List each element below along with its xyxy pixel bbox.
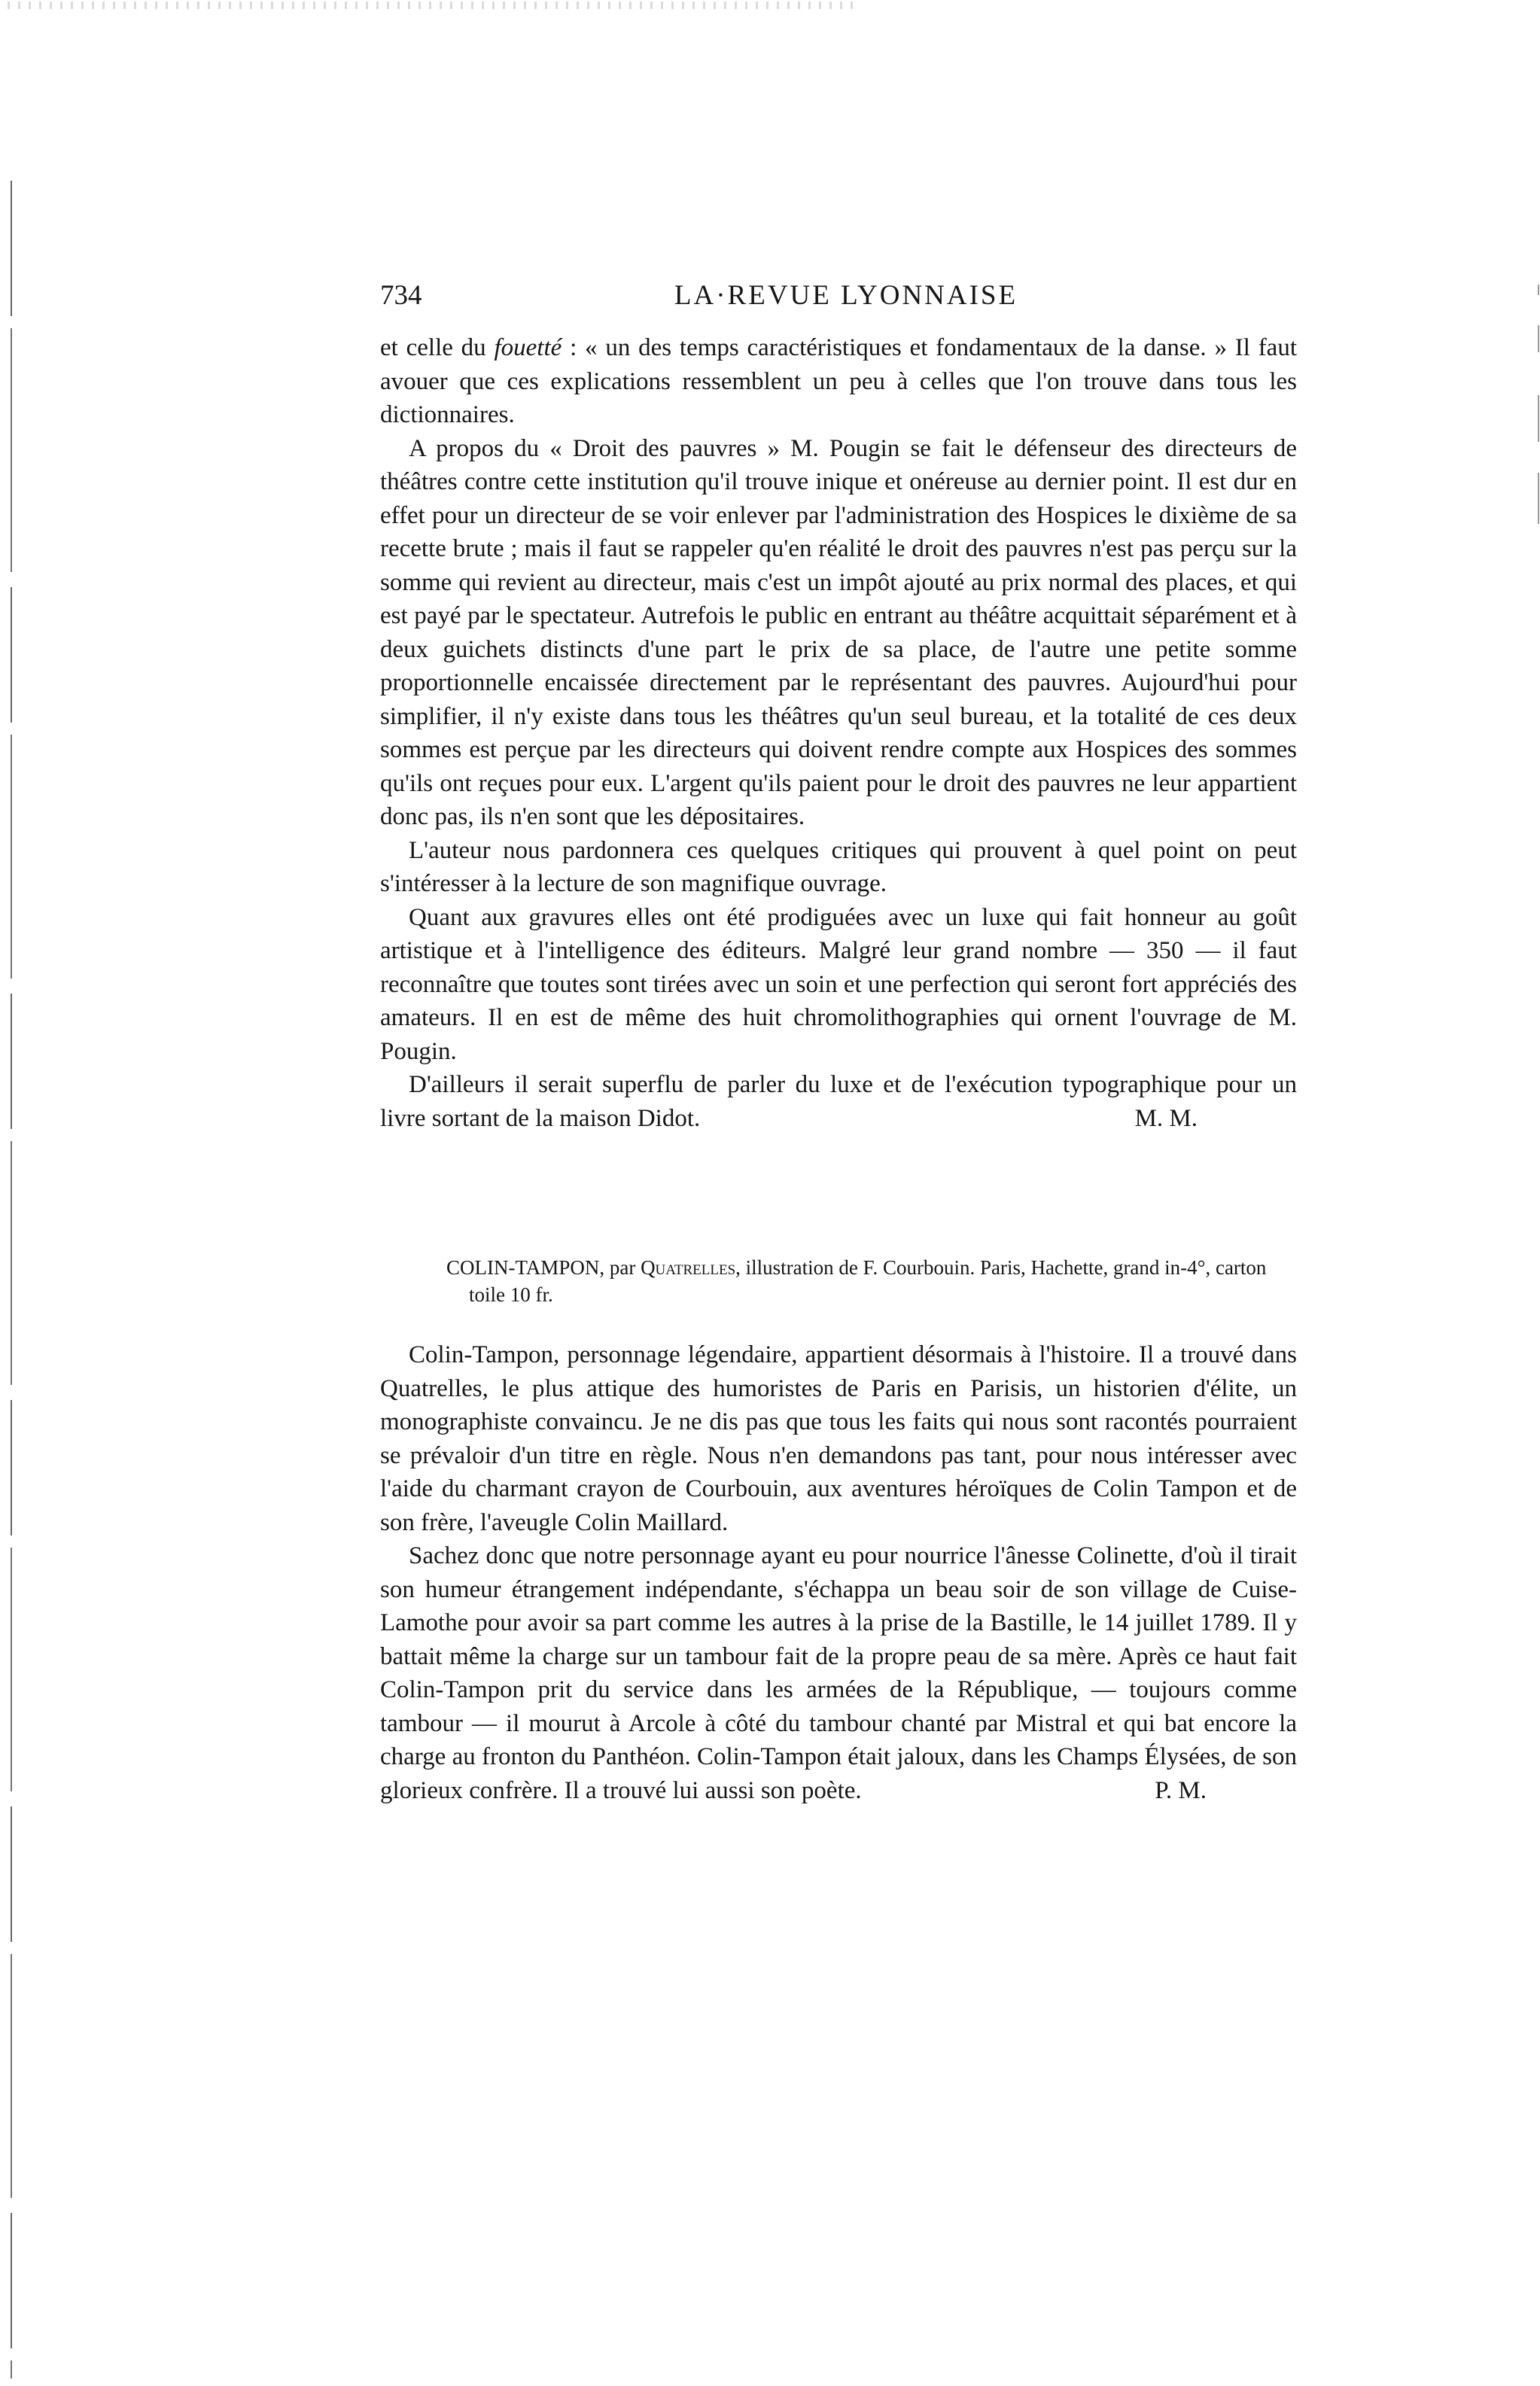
scan-edge-mark bbox=[1538, 395, 1539, 442]
paragraph-text: et celle du bbox=[380, 334, 494, 361]
italic-term: fouetté bbox=[494, 334, 562, 361]
book-title: COLIN-TAMPON, par bbox=[446, 1256, 641, 1279]
author-signature: P. M. bbox=[1126, 1774, 1207, 1808]
paragraph: et celle du fouetté : « un des temps car… bbox=[380, 331, 1297, 432]
book-author: Quatrelles bbox=[641, 1256, 735, 1279]
scan-artifact-top bbox=[8, 2, 858, 9]
scan-edge-line bbox=[11, 181, 12, 2378]
review-heading: COLIN-TAMPON, par Quatrelles, illustrati… bbox=[446, 1254, 1267, 1308]
paragraph: D'ailleurs il serait superflu de parler … bbox=[380, 1068, 1297, 1135]
scan-edge-mark bbox=[1538, 325, 1539, 352]
paragraph-text: Sachez donc que notre personnage ayant e… bbox=[380, 1542, 1297, 1804]
review-two: Colin-Tampon, personnage légendaire, app… bbox=[380, 1338, 1297, 1807]
running-head: 734 LA·REVUE LYONNAISE bbox=[380, 277, 1297, 315]
review-one: et celle du fouetté : « un des temps car… bbox=[380, 331, 1297, 1135]
paragraph: A propos du « Droit des pauvres » M. Pou… bbox=[380, 432, 1297, 834]
paragraph: Sachez donc que notre personnage ayant e… bbox=[380, 1539, 1297, 1807]
author-signature: M. M. bbox=[1106, 1102, 1198, 1136]
paragraph: L'auteur nous pardonnera ces quelques cr… bbox=[380, 834, 1297, 901]
scan-edge-mark bbox=[1538, 473, 1539, 524]
paragraph: Colin-Tampon, personnage légendaire, app… bbox=[380, 1338, 1297, 1539]
scan-edge-mark bbox=[1538, 285, 1539, 295]
paragraph: Quant aux gravures elles ont été prodigu… bbox=[380, 901, 1297, 1069]
journal-title: LA·REVUE LYONNAISE bbox=[380, 277, 1297, 315]
document-page: 734 LA·REVUE LYONNAISE et celle du fouet… bbox=[380, 277, 1297, 1807]
